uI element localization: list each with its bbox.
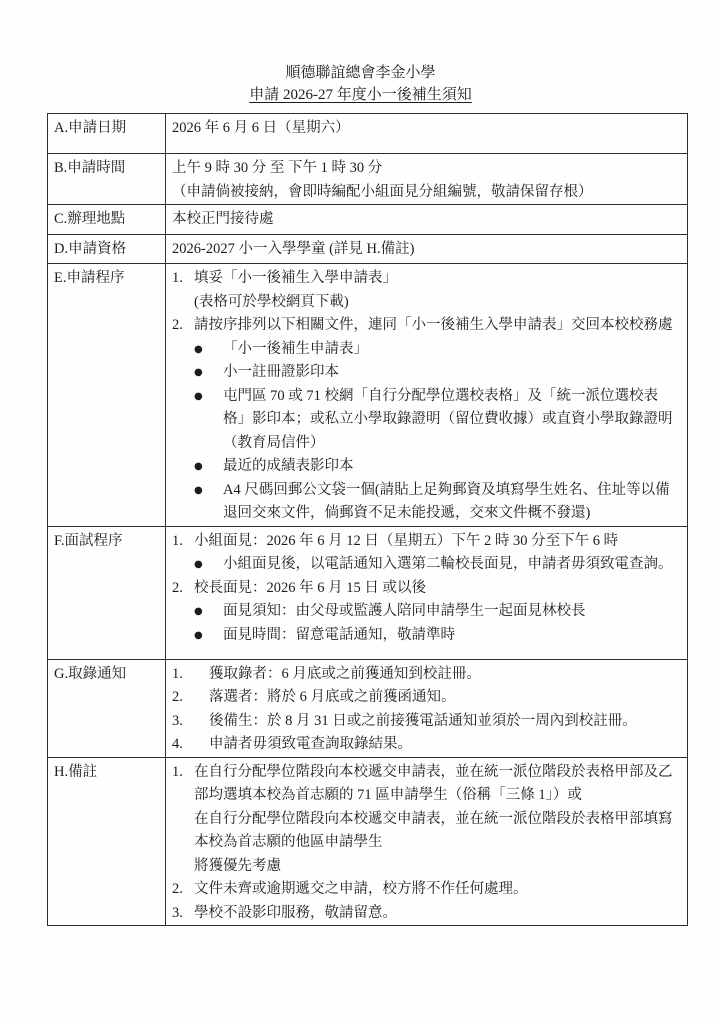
bullet-icon: ● bbox=[194, 624, 223, 648]
row-label: B.申請時間 bbox=[48, 154, 166, 205]
continuation-line: (表格可於學校網頁下載) bbox=[172, 291, 679, 315]
item-text: 落選者：將於 6 月底或之前獲函通知。 bbox=[209, 686, 679, 710]
document-header: 順德聯誼總會李金小學 申請 2026-27 年度小一後補生須知 bbox=[0, 0, 721, 106]
item-text: 將獲優先考慮 bbox=[194, 855, 679, 879]
row-label: F.面試程序 bbox=[48, 526, 166, 659]
page-subtitle: 申請 2026-27 年度小一後補生須知 bbox=[0, 84, 721, 106]
item-text: 獲取錄者：6 月底或之前獲通知到校註冊。 bbox=[209, 663, 679, 687]
table-row: G.取錄通知 1.獲取錄者：6 月底或之前獲通知到校註冊。 2.落選者：將於 6… bbox=[48, 659, 688, 757]
bullet-item: ●面見須知：由父母或監護人陪同申請學生一起面見林校長 bbox=[172, 600, 679, 624]
item-number: 1. bbox=[172, 761, 194, 785]
table-row: C.辦理地點 本校正門接待處 bbox=[48, 205, 688, 235]
item-text: 2026-2027 小一入學學童 (詳見 H.備註) bbox=[172, 238, 679, 262]
item-text: 「小一後補生申請表」 bbox=[223, 338, 679, 362]
numbered-item: 2.請按序排列以下相關文件，連同「小一後補生入學申請表」交回本校校務處 bbox=[172, 314, 679, 338]
bullet-icon: ● bbox=[194, 455, 223, 479]
row-label: D.申請資格 bbox=[48, 235, 166, 264]
bullet-icon: ● bbox=[194, 361, 223, 385]
numbered-item: 1.獲取錄者：6 月底或之前獲通知到校註冊。 bbox=[172, 663, 679, 687]
numbered-item: 1.填妥「小一後補生入學申請表」 bbox=[172, 267, 679, 291]
item-text: (表格可於學校網頁下載) bbox=[194, 291, 679, 315]
row-label: G.取錄通知 bbox=[48, 659, 166, 757]
item-text: 面見時間：留意電話通知，敬請準時 bbox=[223, 624, 679, 648]
bullet-item: ●A4 尺碼回郵公文袋一個(請貼上足夠郵資及填寫學生姓名、住址等以備退回交來文件… bbox=[172, 479, 679, 526]
row-content: 1.在自行分配學位階段向本校遞交申請表，並在統一派位階段於表格甲部及乙部均選填本… bbox=[166, 757, 688, 926]
numbered-item: 2.落選者：將於 6 月底或之前獲函通知。 bbox=[172, 686, 679, 710]
bullet-item: ●「小一後補生申請表」 bbox=[172, 338, 679, 362]
row-label: A.申請日期 bbox=[48, 114, 166, 154]
numbered-item: 4.申請者毋須致電查詢取錄結果。 bbox=[172, 733, 679, 757]
item-number: 2. bbox=[172, 686, 209, 710]
row-content: 本校正門接待處 bbox=[166, 205, 688, 235]
continuation-line: 在自行分配學位階段向本校遞交申請表，並在統一派位階段於表格甲部填寫本校為首志願的… bbox=[172, 808, 679, 855]
bullet-icon: ● bbox=[194, 338, 223, 362]
item-text: 在自行分配學位階段向本校遞交申請表，並在統一派位階段於表格甲部填寫本校為首志願的… bbox=[194, 808, 679, 855]
table-row: E.申請程序 1.填妥「小一後補生入學申請表」 (表格可於學校網頁下載) 2.請… bbox=[48, 264, 688, 527]
row-label: C.辦理地點 bbox=[48, 205, 166, 235]
bullet-icon: ● bbox=[194, 553, 223, 577]
bullet-icon: ● bbox=[194, 479, 223, 503]
item-text: A4 尺碼回郵公文袋一個(請貼上足夠郵資及填寫學生姓名、住址等以備退回交來文件，… bbox=[223, 479, 679, 526]
table-row: D.申請資格 2026-2027 小一入學學童 (詳見 H.備註) bbox=[48, 235, 688, 264]
numbered-item: 3.學校不設影印服務，敬請留意。 bbox=[172, 902, 679, 926]
bullet-icon: ● bbox=[194, 385, 223, 409]
bullet-icon: ● bbox=[194, 600, 223, 624]
numbered-item: 1.在自行分配學位階段向本校遞交申請表，並在統一派位階段於表格甲部及乙部均選填本… bbox=[172, 761, 679, 808]
row-label: H.備註 bbox=[48, 757, 166, 926]
numbered-item: 2.校長面見：2026 年 6 月 15 日 或以後 bbox=[172, 577, 679, 601]
row-content: 2026 年 6 月 6 日（星期六） bbox=[166, 114, 688, 154]
row-content: 1.獲取錄者：6 月底或之前獲通知到校註冊。 2.落選者：將於 6 月底或之前獲… bbox=[166, 659, 688, 757]
item-number: 2. bbox=[172, 577, 194, 601]
item-text: 面見須知：由父母或監護人陪同申請學生一起面見林校長 bbox=[223, 600, 679, 624]
notice-table: A.申請日期 2026 年 6 月 6 日（星期六） B.申請時間 上午 9 時… bbox=[47, 113, 688, 926]
bullet-item: ●面見時間：留意電話通知，敬請準時 bbox=[172, 624, 679, 648]
item-text: 小組面見後，以電話通知入選第二輪校長面見，申請者毋須致電查詢。 bbox=[223, 553, 679, 577]
item-number: 3. bbox=[172, 710, 209, 734]
text-line: 2026-2027 小一入學學童 (詳見 H.備註) bbox=[172, 238, 679, 262]
table-row: B.申請時間 上午 9 時 30 分 至 下午 1 時 30 分 （申請倘被接納… bbox=[48, 154, 688, 205]
text-line: 上午 9 時 30 分 至 下午 1 時 30 分 bbox=[172, 157, 679, 181]
item-text: 後備生：於 8 月 31 日或之前接獲電話通知並須於一周內到校註冊。 bbox=[209, 710, 679, 734]
numbered-item: 3.後備生：於 8 月 31 日或之前接獲電話通知並須於一周內到校註冊。 bbox=[172, 710, 679, 734]
item-text: 學校不設影印服務，敬請留意。 bbox=[194, 902, 679, 926]
item-text: （申請倘被接納，會即時編配小組面見分組編號，敬請保留存根） bbox=[172, 181, 679, 205]
table-row: A.申請日期 2026 年 6 月 6 日（星期六） bbox=[48, 114, 688, 154]
item-text: 申請者毋須致電查詢取錄結果。 bbox=[209, 733, 679, 757]
item-text: 小一註冊證影印本 bbox=[223, 361, 679, 385]
bullet-item: ●最近的成績表影印本 bbox=[172, 455, 679, 479]
item-text: 校長面見：2026 年 6 月 15 日 或以後 bbox=[194, 577, 679, 601]
row-content: 上午 9 時 30 分 至 下午 1 時 30 分 （申請倘被接納，會即時編配小… bbox=[166, 154, 688, 205]
item-number: 1. bbox=[172, 530, 194, 554]
table-row: H.備註 1.在自行分配學位階段向本校遞交申請表，並在統一派位階段於表格甲部及乙… bbox=[48, 757, 688, 926]
item-number: 2. bbox=[172, 314, 194, 338]
row-label: E.申請程序 bbox=[48, 264, 166, 527]
item-number: 4. bbox=[172, 733, 209, 757]
item-number: 2. bbox=[172, 878, 194, 902]
page-title: 順德聯誼總會李金小學 bbox=[0, 62, 721, 84]
document-page: 順德聯誼總會李金小學 申請 2026-27 年度小一後補生須知 A.申請日期 2… bbox=[0, 0, 721, 1024]
item-text: 本校正門接待處 bbox=[172, 208, 679, 232]
text-line: 本校正門接待處 bbox=[172, 208, 679, 232]
bullet-item: ●屯門區 70 或 71 校網「自行分配學位選校表格」及「統一派位選校表格」影印… bbox=[172, 385, 679, 456]
row-content: 2026-2027 小一入學學童 (詳見 H.備註) bbox=[166, 235, 688, 264]
item-text: 上午 9 時 30 分 至 下午 1 時 30 分 bbox=[172, 157, 679, 181]
item-number: 3. bbox=[172, 902, 194, 926]
item-text: 小組面見：2026 年 6 月 12 日（星期五）下午 2 時 30 分至下午 … bbox=[194, 530, 679, 554]
item-number: 1. bbox=[172, 267, 194, 291]
item-text: 2026 年 6 月 6 日（星期六） bbox=[172, 117, 679, 141]
row-content: 1.填妥「小一後補生入學申請表」 (表格可於學校網頁下載) 2.請按序排列以下相… bbox=[166, 264, 688, 527]
item-number: 1. bbox=[172, 663, 209, 687]
item-text: 填妥「小一後補生入學申請表」 bbox=[194, 267, 679, 291]
continuation-line: 將獲優先考慮 bbox=[172, 855, 679, 879]
item-text: 最近的成績表影印本 bbox=[223, 455, 679, 479]
numbered-item: 2.文件未齊或逾期遞交之申請，校方將不作任何處理。 bbox=[172, 878, 679, 902]
row-content: 1.小組面見：2026 年 6 月 12 日（星期五）下午 2 時 30 分至下… bbox=[166, 526, 688, 659]
item-text: 請按序排列以下相關文件，連同「小一後補生入學申請表」交回本校校務處 bbox=[194, 314, 679, 338]
item-text: 在自行分配學位階段向本校遞交申請表，並在統一派位階段於表格甲部及乙部均選填本校為… bbox=[194, 761, 679, 808]
text-line: 2026 年 6 月 6 日（星期六） bbox=[172, 117, 679, 141]
text-line: （申請倘被接納，會即時編配小組面見分組編號，敬請保留存根） bbox=[172, 181, 679, 205]
item-text: 屯門區 70 或 71 校網「自行分配學位選校表格」及「統一派位選校表格」影印本… bbox=[223, 385, 679, 456]
numbered-item: 1.小組面見：2026 年 6 月 12 日（星期五）下午 2 時 30 分至下… bbox=[172, 530, 679, 554]
bullet-item: ●小一註冊證影印本 bbox=[172, 361, 679, 385]
bullet-item: ●小組面見後，以電話通知入選第二輪校長面見，申請者毋須致電查詢。 bbox=[172, 553, 679, 577]
table-row: F.面試程序 1.小組面見：2026 年 6 月 12 日（星期五）下午 2 時… bbox=[48, 526, 688, 659]
item-text: 文件未齊或逾期遞交之申請，校方將不作任何處理。 bbox=[194, 878, 679, 902]
